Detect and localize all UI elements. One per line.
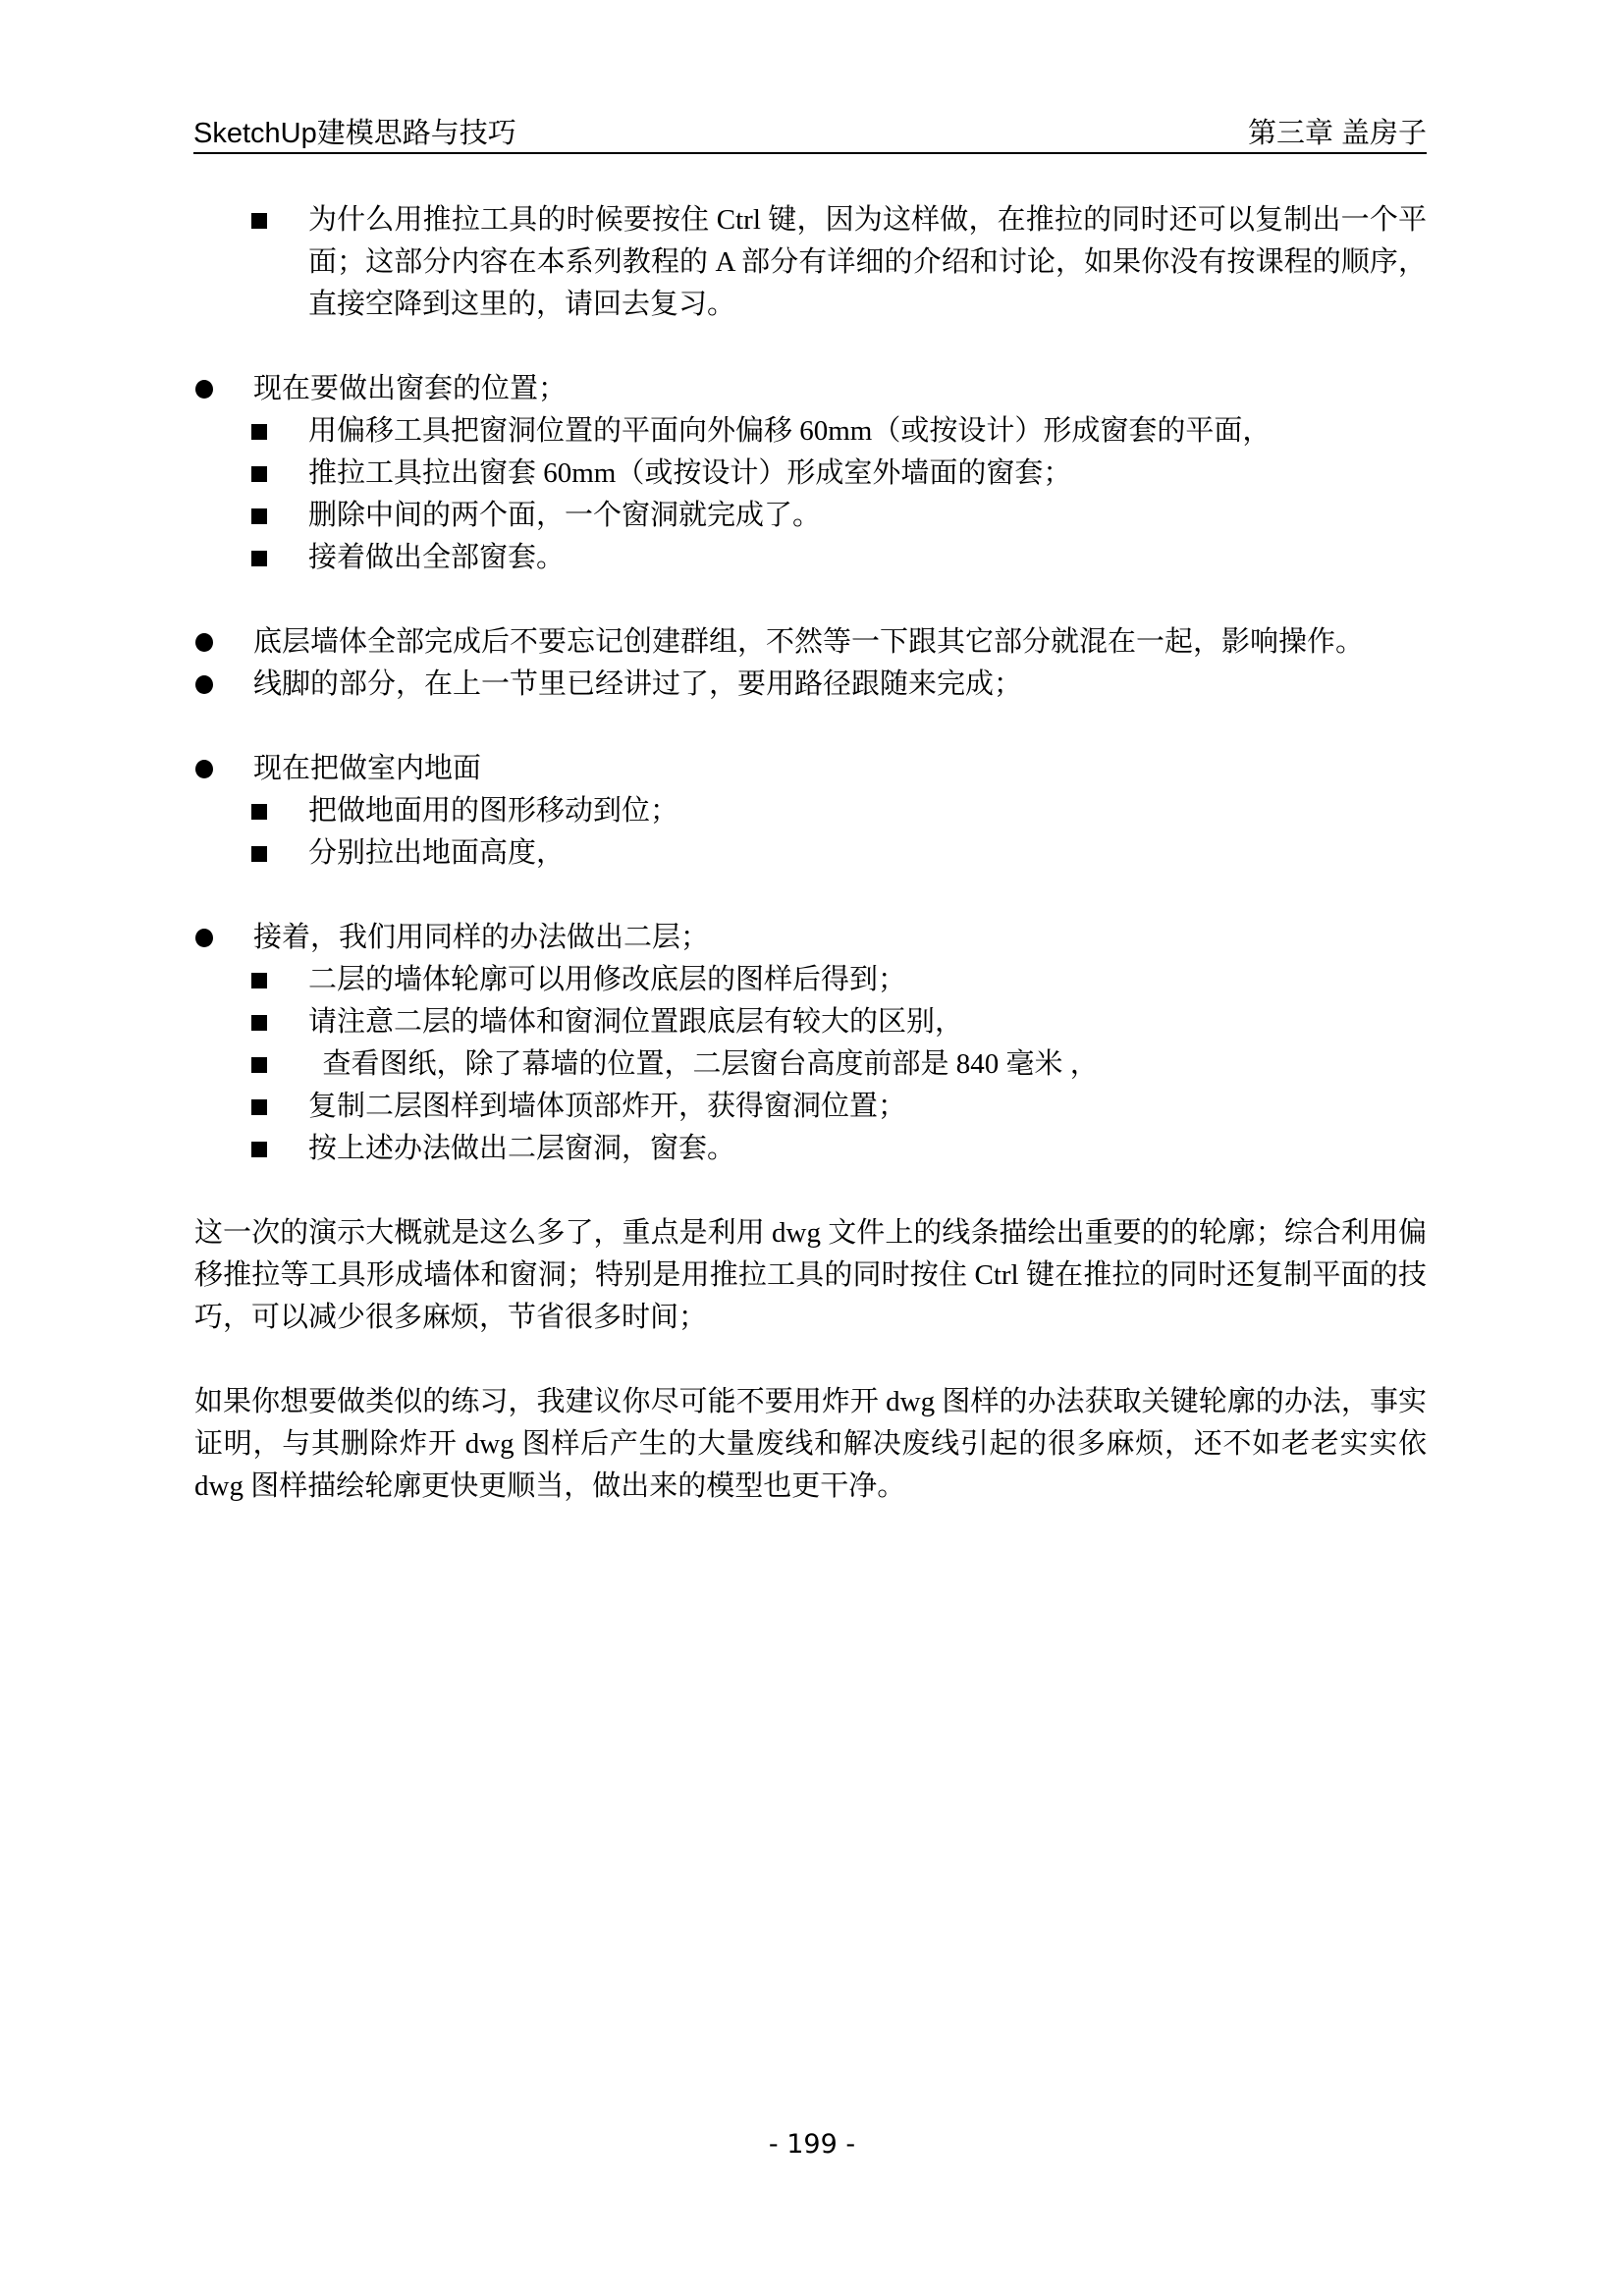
list-item-text: 二层的墙体轮廓可以用修改底层的图样后得到；	[308, 964, 906, 995]
paragraph-spacer	[194, 875, 1427, 917]
square-bullet-icon	[251, 508, 267, 524]
circle-bullet-icon	[195, 675, 213, 694]
list-item-text: 接着，我们用同样的办法做出二层；	[253, 922, 709, 953]
square-bullet-icon	[251, 213, 267, 229]
list-item-level-1: 现在把做室内地面	[194, 748, 1427, 790]
header-book-title: SketchUp建模思路与技巧	[193, 119, 516, 149]
list-item-level-1: 线脚的部分，在上一节里已经讲过了，要用路径跟随来完成；	[194, 664, 1427, 706]
list-item-level-1: 接着，我们用同样的办法做出二层；	[194, 917, 1427, 959]
list-item-text: 为什么用推拉工具的时候要按住 Ctrl 键，因为这样做，在推拉的同时还可以复制出…	[308, 204, 1427, 320]
paragraph-spacer	[194, 326, 1427, 368]
list-item-text: 删除中间的两个面，一个窗洞就完成了。	[308, 500, 821, 531]
list-item-text: 线脚的部分，在上一节里已经讲过了，要用路径跟随来完成；	[253, 668, 1022, 700]
list-item-level-2: 用偏移工具把窗洞位置的平面向外偏移 60mm（或按设计）形成窗套的平面，	[194, 410, 1427, 453]
square-bullet-icon	[251, 551, 267, 566]
page-number: - 199 -	[769, 2129, 855, 2160]
list-item-level-2: 把做地面用的图形移动到位；	[194, 790, 1427, 832]
list-item-text: 现在把做室内地面	[253, 753, 481, 784]
list-item-level-2: 请注意二层的墙体和窗洞位置跟底层有较大的区别，	[194, 1001, 1427, 1043]
list-item-level-2: 推拉工具拉出窗套 60mm（或按设计）形成室外墙面的窗套；	[194, 453, 1427, 495]
header-chapter-title: 第三章 盖房子	[1248, 119, 1427, 149]
list-item-level-2: 复制二层图样到墙体顶部炸开，获得窗洞位置；	[194, 1086, 1427, 1128]
list-item-text: 按上述办法做出二层窗洞，窗套。	[308, 1133, 735, 1164]
list-item-text: 分别拉出地面高度，	[308, 837, 565, 869]
paragraph-spacer	[194, 579, 1427, 621]
page-footer: - 199 -	[0, 2130, 1624, 2160]
list-item-level-1: 底层墙体全部完成后不要忘记创建群组，不然等一下跟其它部分就混在一起，影响操作。	[194, 621, 1427, 664]
square-bullet-icon	[251, 973, 267, 988]
circle-bullet-icon	[195, 929, 213, 947]
square-bullet-icon	[251, 846, 267, 862]
circle-bullet-icon	[195, 633, 213, 652]
list-item-level-2: 查看图纸，除了幕墙的位置，二层窗台高度前部是 840 毫米 ，	[194, 1043, 1427, 1086]
body-paragraph: 如果你想要做类似的练习，我建议你尽可能不要用炸开 dwg 图样的办法获取关键轮廓…	[194, 1381, 1427, 1508]
document-body: 为什么用推拉工具的时候要按住 Ctrl 键，因为这样做，在推拉的同时还可以复制出…	[194, 199, 1427, 1508]
square-bullet-icon	[251, 1015, 267, 1031]
square-bullet-icon	[251, 1057, 267, 1073]
paragraph-spacer	[194, 706, 1427, 748]
list-item-level-2: 为什么用推拉工具的时候要按住 Ctrl 键，因为这样做，在推拉的同时还可以复制出…	[194, 199, 1427, 326]
document-page: SketchUp建模思路与技巧 第三章 盖房子 为什么用推拉工具的时候要按住 C…	[0, 0, 1624, 2296]
list-item-level-2: 接着做出全部窗套。	[194, 537, 1427, 579]
paragraph-spacer	[194, 1170, 1427, 1212]
square-bullet-icon	[251, 424, 267, 440]
list-item-level-2: 删除中间的两个面，一个窗洞就完成了。	[194, 495, 1427, 537]
list-item-text: 请注意二层的墙体和窗洞位置跟底层有较大的区别，	[308, 1006, 963, 1038]
list-item-level-1: 现在要做出窗套的位置；	[194, 368, 1427, 410]
list-item-text: 底层墙体全部完成后不要忘记创建群组，不然等一下跟其它部分就混在一起，影响操作。	[253, 626, 1364, 658]
paragraph-spacer	[194, 1339, 1427, 1381]
square-bullet-icon	[251, 466, 267, 482]
circle-bullet-icon	[195, 380, 213, 399]
list-item-text: 现在要做出窗套的位置；	[253, 373, 567, 404]
list-item-level-2: 二层的墙体轮廓可以用修改底层的图样后得到；	[194, 959, 1427, 1001]
square-bullet-icon	[251, 1099, 267, 1115]
square-bullet-icon	[251, 804, 267, 820]
list-item-text: 推拉工具拉出窗套 60mm（或按设计）形成室外墙面的窗套；	[308, 457, 1071, 489]
page-header: SketchUp建模思路与技巧 第三章 盖房子	[193, 119, 1427, 154]
list-item-level-2: 分别拉出地面高度，	[194, 832, 1427, 875]
list-item-text: 查看图纸，除了幕墙的位置，二层窗台高度前部是 840 毫米 ，	[308, 1048, 1099, 1080]
circle-bullet-icon	[195, 760, 213, 778]
list-item-text: 接着做出全部窗套。	[308, 542, 565, 573]
list-item-level-2: 按上述办法做出二层窗洞，窗套。	[194, 1128, 1427, 1170]
list-item-text: 复制二层图样到墙体顶部炸开，获得窗洞位置；	[308, 1091, 906, 1122]
square-bullet-icon	[251, 1142, 267, 1157]
list-item-text: 用偏移工具把窗洞位置的平面向外偏移 60mm（或按设计）形成窗套的平面，	[308, 415, 1271, 447]
list-item-text: 把做地面用的图形移动到位；	[308, 795, 678, 827]
body-paragraph: 这一次的演示大概就是这么多了，重点是利用 dwg 文件上的线条描绘出重要的的轮廓…	[194, 1212, 1427, 1339]
